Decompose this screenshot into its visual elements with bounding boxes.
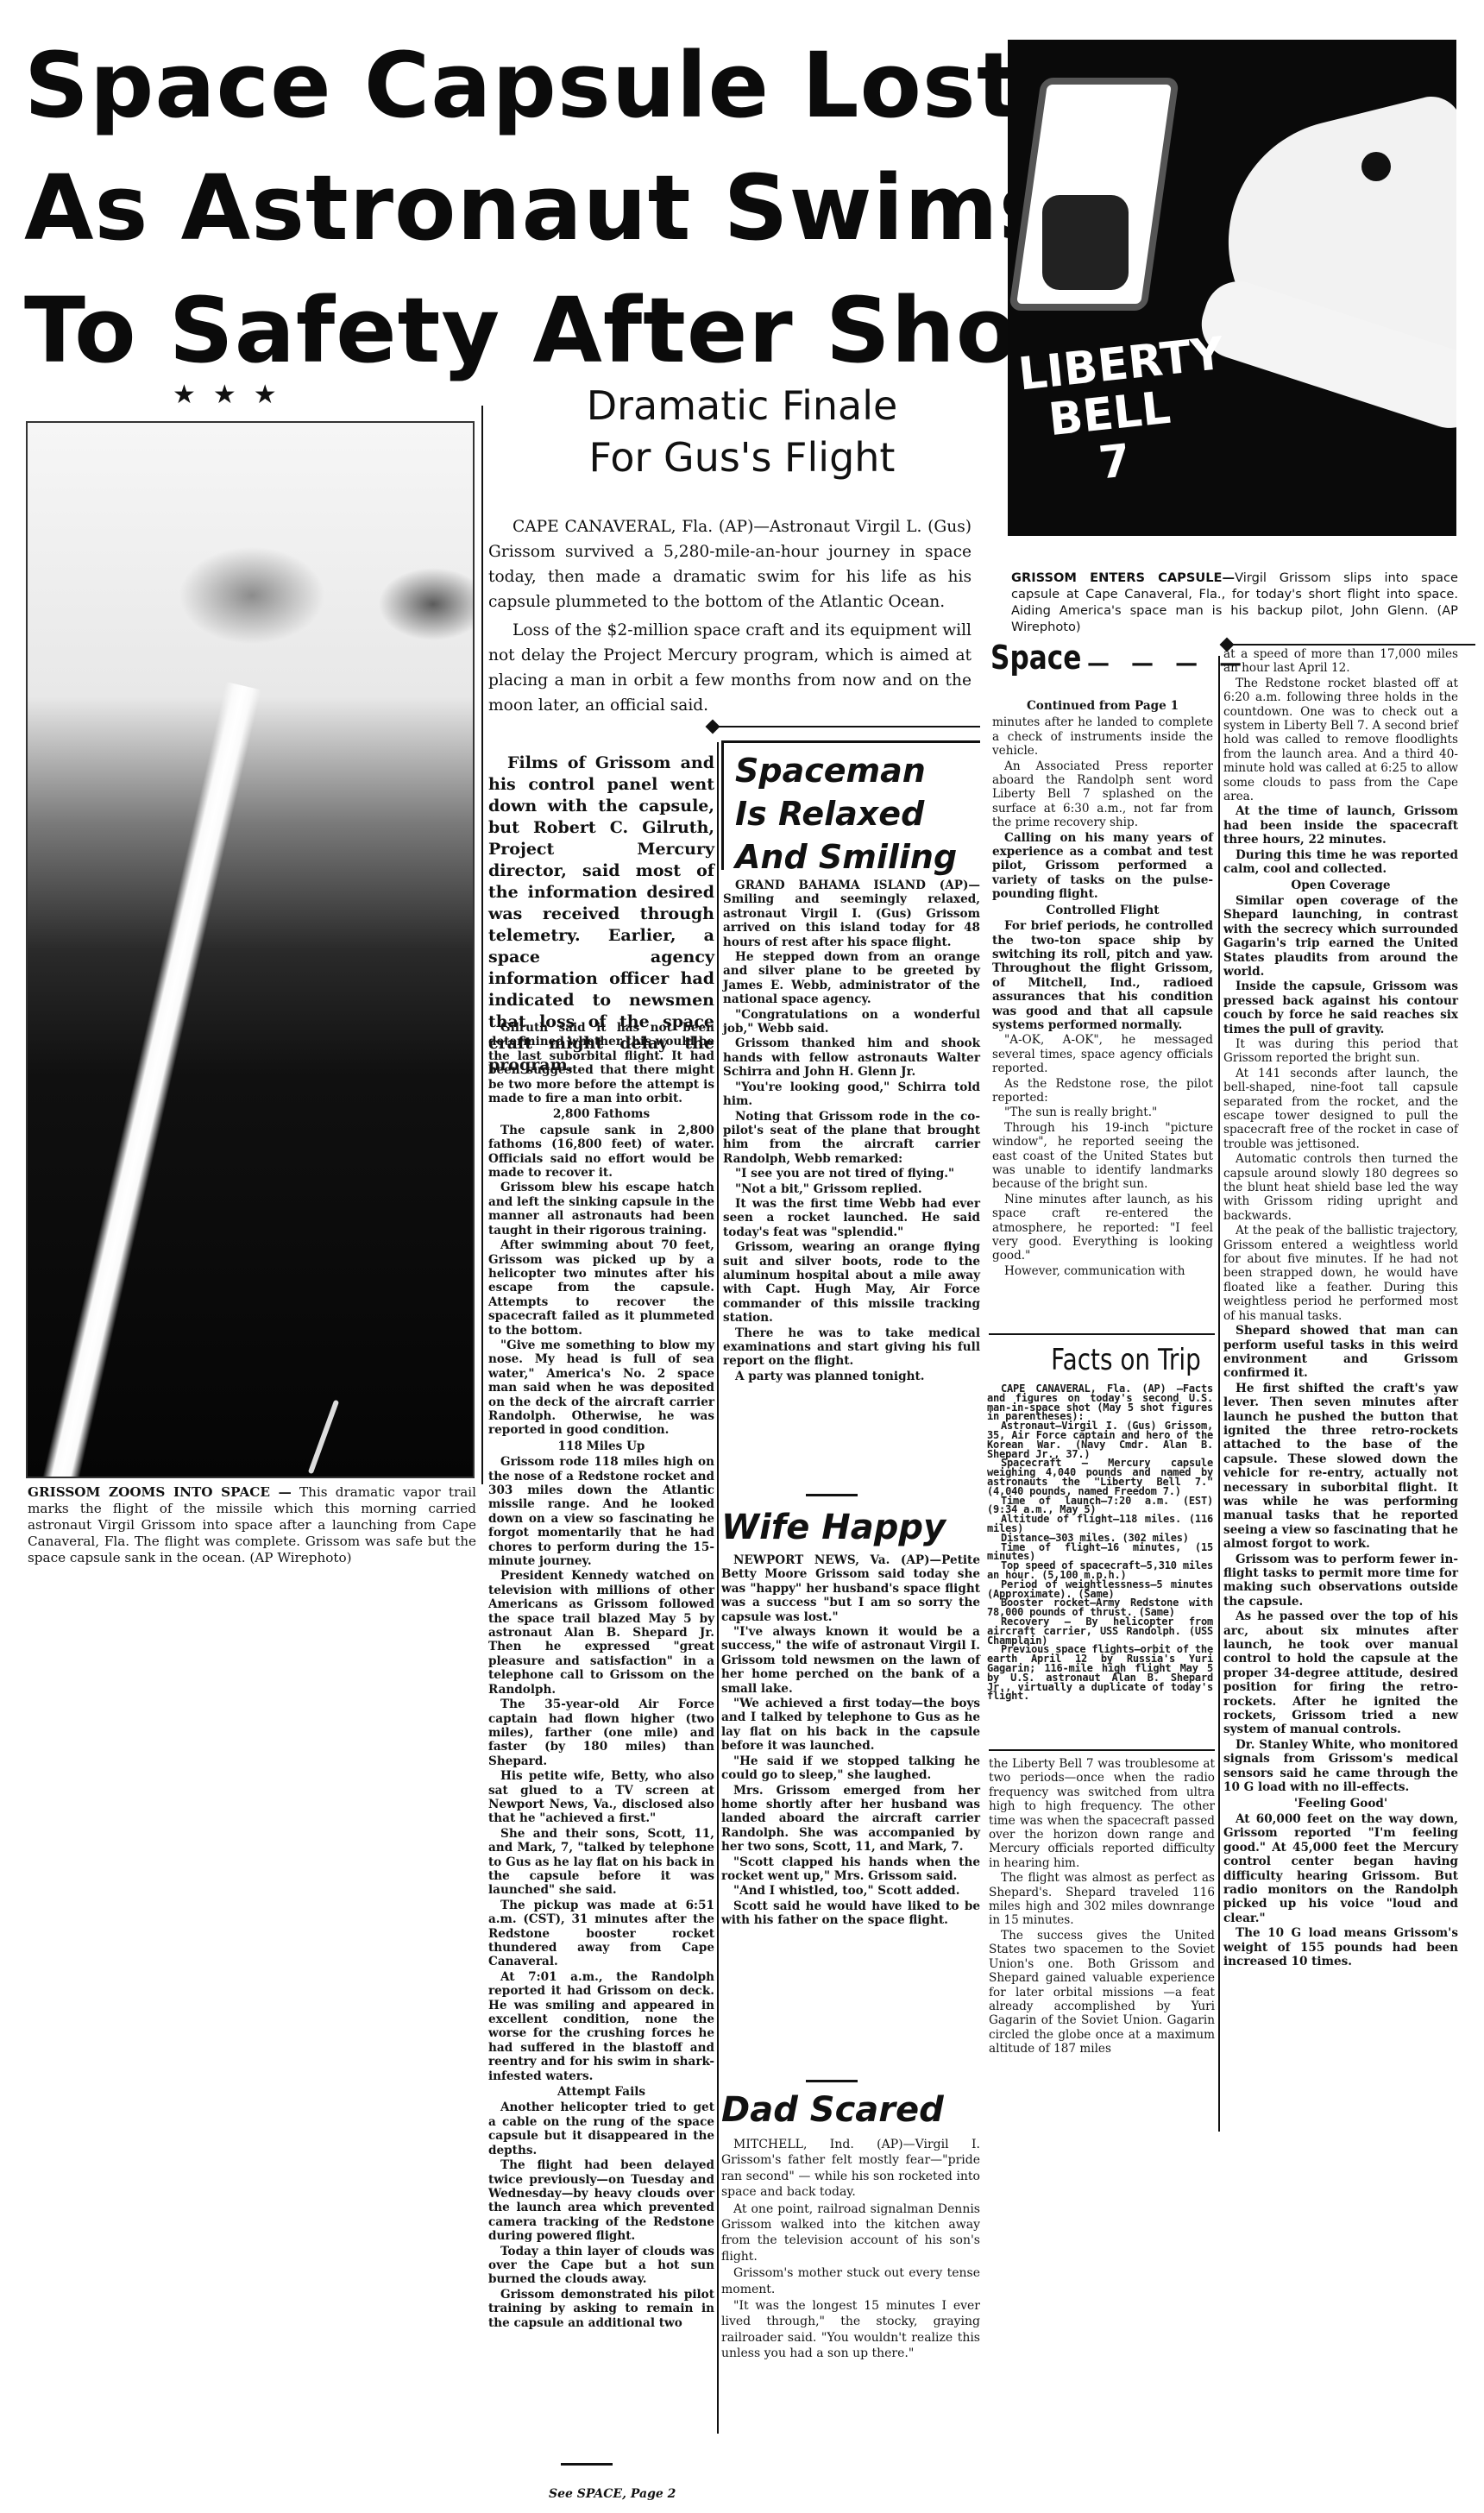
paragraph: at a speed of more than 17,000 miles an … (1223, 647, 1458, 676)
paragraph: As he passed over the top of his arc, ab… (1223, 1609, 1458, 1737)
photo-left-caption: GRISSOM ZOOMS INTO SPACE — This dramatic… (28, 1484, 476, 1566)
paragraph: Grissom, wearing an orange flying suit a… (723, 1240, 980, 1325)
paragraph: At one point, railroad signalman Dennis … (721, 2201, 980, 2265)
section-head: Attempt Fails (488, 2085, 714, 2099)
paragraph: Gilruth said it has not been determined … (488, 1021, 714, 1105)
window-reflection (1042, 195, 1129, 290)
paragraph: As the Redstone rose, the pilot reported… (992, 1077, 1213, 1105)
paragraph: At 7:01 a.m., the Randolph reported it h… (488, 1970, 714, 2083)
paragraph: Nine minutes after launch, as his space … (992, 1193, 1213, 1263)
paragraph: minutes after he landed to complete a ch… (992, 715, 1213, 758)
column-rule (481, 406, 483, 1484)
lede-paragraphs: CAPE CANAVERAL, Fla. (AP)—Astronaut Virg… (488, 514, 972, 721)
paragraph: "A-OK, A-OK", he messaged several times,… (992, 1033, 1213, 1075)
headline-line-2: As Astronaut Swims (24, 147, 990, 269)
headline-line: Spaceman (735, 749, 977, 792)
headline-line: And Smiling (735, 835, 977, 879)
paragraph: The flight was almost as perfect as Shep… (989, 1871, 1215, 1928)
paragraph: After swimming about 70 feet, Grissom wa… (488, 1238, 714, 1338)
paragraph: "Not a bit," Grissom replied. (723, 1182, 980, 1196)
paragraph: Grissom blew his escape hatch and left t… (488, 1181, 714, 1238)
continuation-slug: Space (990, 639, 1081, 677)
sidebar-dad-body: MITCHELL, Ind. (AP)—Virgil I. Grissom's … (721, 2137, 980, 2363)
paragraph: "We achieved a first today—the boys and … (721, 1697, 980, 1754)
headline-line: Is Relaxed (735, 792, 977, 835)
story-divider (806, 2080, 858, 2082)
paragraph: For brief periods, he controlled the two… (992, 919, 1213, 1032)
vapor-trail (26, 682, 261, 1478)
paragraph: He first shifted the craft's yaw lever. … (1223, 1382, 1458, 1552)
paragraph: The success gives the United States two … (989, 1929, 1215, 2056)
caption-lead: GRISSOM ZOOMS INTO SPACE — (28, 1484, 292, 1500)
end-rule (561, 2463, 613, 2466)
diamond-bullet-icon (706, 720, 720, 734)
paragraph: At 60,000 feet on the way down, Grissom … (1223, 1812, 1458, 1925)
continuation-col-1-after: the Liberty Bell 7 was troublesome at tw… (989, 1757, 1215, 2057)
jump-line: See SPACE, Page 2 (549, 2487, 676, 2501)
paragraph: Today a thin layer of clouds was over th… (488, 2245, 714, 2287)
section-head: Open Coverage (1223, 879, 1458, 892)
paragraph: During this time he was reported calm, c… (1223, 848, 1458, 877)
story-divider (806, 1494, 858, 1496)
paragraph: "Congratulations on a wonderful job," We… (723, 1008, 980, 1036)
paragraph: He stepped down from an orange and silve… (723, 950, 980, 1007)
paragraph: "You're looking good," Schirra told him. (723, 1080, 980, 1109)
fact-item: Astronaut—Virgil I. (Gus) Grissom, 35, A… (987, 1421, 1213, 1458)
fact-item: Booster rocket—Army Redstone with 78,000… (987, 1598, 1213, 1617)
paragraph: Automatic controls then turned the capsu… (1223, 1152, 1458, 1223)
fact-item: Recovery — By helicopter from aircraft c… (987, 1617, 1213, 1645)
paragraph: At the time of launch, Grissom had been … (1223, 804, 1458, 847)
sidebar-relaxed-body: GRAND BAHAMA ISLAND (AP)—Smiling and see… (723, 879, 980, 1384)
sidebar-relaxed-headline: Spaceman Is Relaxed And Smiling (735, 749, 977, 879)
paragraph: GRAND BAHAMA ISLAND (AP)—Smiling and see… (723, 879, 980, 949)
box-frame (721, 740, 980, 743)
paragraph: A party was planned tonight. (723, 1370, 980, 1383)
capsule-label: LIBERTY BELL 7 (1016, 333, 1203, 495)
paragraph: Another helicopter tried to get a cable … (488, 2100, 714, 2157)
paragraph: It was during this period that Grissom r… (1223, 1037, 1458, 1066)
main-headline: Space Capsule Lost As Astronaut Swims To… (24, 24, 990, 392)
paragraph: Calling on his many years of experience … (992, 831, 1213, 902)
photo-right-caption: GRISSOM ENTERS CAPSULE—Virgil Grissom sl… (1011, 570, 1458, 635)
paragraph: She and their sons, Scott, 11, and Mark,… (488, 1827, 714, 1898)
pointer-rule (713, 726, 980, 727)
paragraph: "Scott clapped his hands when the rocket… (721, 1855, 980, 1884)
fact-item: Previous space flights—orbit of the eart… (987, 1645, 1213, 1701)
rocket-speck (308, 1400, 339, 1475)
paragraph: Noting that Grissom rode in the co-pilot… (723, 1110, 980, 1167)
helmet-earpiece (1361, 152, 1391, 181)
paragraph: The pickup was made at 6:51 a.m. (CST), … (488, 1899, 714, 1969)
jump-from: Continued from Page 1 (992, 699, 1213, 713)
fact-item: Period of weightlessness—5 minutes (Appr… (987, 1580, 1213, 1599)
paragraph: Mrs. Grissom emerged from her home short… (721, 1784, 980, 1855)
paragraph: "The sun is really bright." (992, 1105, 1213, 1119)
paragraph: However, communication with (992, 1264, 1213, 1278)
paragraph: Grissom demonstrated his pilot training … (488, 2288, 714, 2330)
paragraph: It was the first time Webb had ever seen… (723, 1197, 980, 1239)
paragraph: MITCHELL, Ind. (AP)—Virgil I. Grissom's … (721, 2137, 980, 2201)
fact-item: Time of flight—16 minutes, (15 minutes) (987, 1543, 1213, 1562)
star-ornament-icon: ★★★ (173, 380, 294, 410)
paragraph: At the peak of the ballistic trajectory,… (1223, 1224, 1458, 1323)
paragraph: "It was the longest 15 minutes I ever li… (721, 2298, 980, 2362)
subheadline: Dramatic Finale For Gus's Flight (518, 380, 966, 483)
sidebar-dad-headline: Dad Scared (721, 2088, 980, 2132)
box-rule-top (989, 1333, 1215, 1335)
main-story-column: Gilruth said it has not been determined … (488, 1021, 714, 2331)
headline-line-1: Space Capsule Lost (24, 24, 990, 147)
paragraph: Similar open coverage of the Shepard lau… (1223, 894, 1458, 979)
fact-item: Spacecraft — Mercury capsule weighing 4,… (987, 1458, 1213, 1496)
paragraph: Through his 19-inch "picture window", he… (992, 1121, 1213, 1192)
vapor-trail-photo (26, 421, 475, 1478)
sidebar-wife-body: NEWPORT NEWS, Va. (AP)—Petite Betty Moor… (721, 1553, 980, 1929)
paragraph: Grissom was to perform fewer in-flight t… (1223, 1553, 1458, 1609)
fact-item: CAPE CANAVERAL, Fla. (AP) —Facts and fig… (987, 1384, 1213, 1421)
paragraph: There he was to take medical examination… (723, 1326, 980, 1369)
lede-paragraph: Loss of the $2-million space craft and i… (488, 618, 972, 718)
paragraph: At 141 seconds after launch, the bell-sh… (1223, 1067, 1458, 1151)
paragraph: Grissom thanked him and shook hands with… (723, 1036, 980, 1079)
paragraph: The capsule sank in 2,800 fathoms (16,80… (488, 1124, 714, 1181)
paragraph: The flight had been delayed twice previo… (488, 2158, 714, 2243)
box-rule-bottom (989, 1749, 1215, 1751)
paragraph: President Kennedy watched on television … (488, 1569, 714, 1697)
paragraph: An Associated Press reporter aboard the … (992, 759, 1213, 830)
paragraph: The Redstone rocket blasted off at 6:20 … (1223, 677, 1458, 804)
continuation-col-1: Continued from Page 1 minutes after he l… (992, 697, 1213, 1279)
paragraph: The 10 G load means Grissom's weight of … (1223, 1926, 1458, 1968)
sidebar-wife-headline: Wife Happy (721, 1506, 980, 1549)
paragraph: "And I whistled, too," Scott added. (721, 1884, 980, 1898)
caption-lead: GRISSOM ENTERS CAPSULE— (1011, 570, 1235, 585)
facts-list: CAPE CANAVERAL, Fla. (AP) —Facts and fig… (987, 1384, 1213, 1701)
paragraph: Grissom's mother stuck out every tense m… (721, 2265, 980, 2297)
fact-item: Altitude of flight—118 miles. (116 miles… (987, 1515, 1213, 1534)
paragraph: Dr. Stanley White, who monitored signals… (1223, 1738, 1458, 1795)
subhead-line-2: For Gus's Flight (518, 431, 966, 483)
liberty-bell-photo: LIBERTY BELL 7 (1008, 40, 1456, 536)
paragraph: "He said if we stopped talking he could … (721, 1754, 980, 1783)
column-rule (717, 742, 719, 2434)
column-rule (1218, 656, 1220, 2132)
paragraph: "I've always known it would be a success… (721, 1625, 980, 1696)
paragraph: Grissom rode 118 miles high on the nose … (488, 1455, 714, 1568)
paragraph: "I see you are not tired of flying." (723, 1167, 980, 1181)
subhead-line-1: Dramatic Finale (518, 380, 966, 431)
fact-item: Time of launch—7:20 a.m. (EST) (9:34 a.m… (987, 1496, 1213, 1515)
fact-item: Top speed of spacecraft—5,310 miles an h… (987, 1561, 1213, 1580)
box-frame (721, 740, 724, 870)
paragraph: Inside the capsule, Grissom was pressed … (1223, 979, 1458, 1036)
continuation-col-2: at a speed of more than 17,000 miles an … (1223, 647, 1458, 1969)
paragraph: Scott said he would have liked to be wit… (721, 1899, 980, 1928)
lede-paragraph: CAPE CANAVERAL, Fla. (AP)—Astronaut Virg… (488, 514, 972, 614)
section-head: 2,800 Fathoms (488, 1107, 714, 1121)
paragraph: the Liberty Bell 7 was troublesome at tw… (989, 1757, 1215, 1870)
paragraph: Shepard showed that man can perform usef… (1223, 1324, 1458, 1381)
facts-headline: Facts on Trip (1038, 1341, 1215, 1379)
pointer-rule (1225, 644, 1475, 646)
headline-line-3: To Safety After Shot (24, 269, 990, 392)
paragraph: His petite wife, Betty, who also sat glu… (488, 1769, 714, 1826)
paragraph: "Give me something to blow my nose. My h… (488, 1338, 714, 1438)
section-head: Controlled Flight (992, 904, 1213, 917)
paragraph: NEWPORT NEWS, Va. (AP)—Petite Betty Moor… (721, 1553, 980, 1624)
section-head: 118 Miles Up (488, 1439, 714, 1453)
paragraph: The 35-year-old Air Force captain had fl… (488, 1697, 714, 1768)
section-head: 'Feeling Good' (1223, 1797, 1458, 1811)
